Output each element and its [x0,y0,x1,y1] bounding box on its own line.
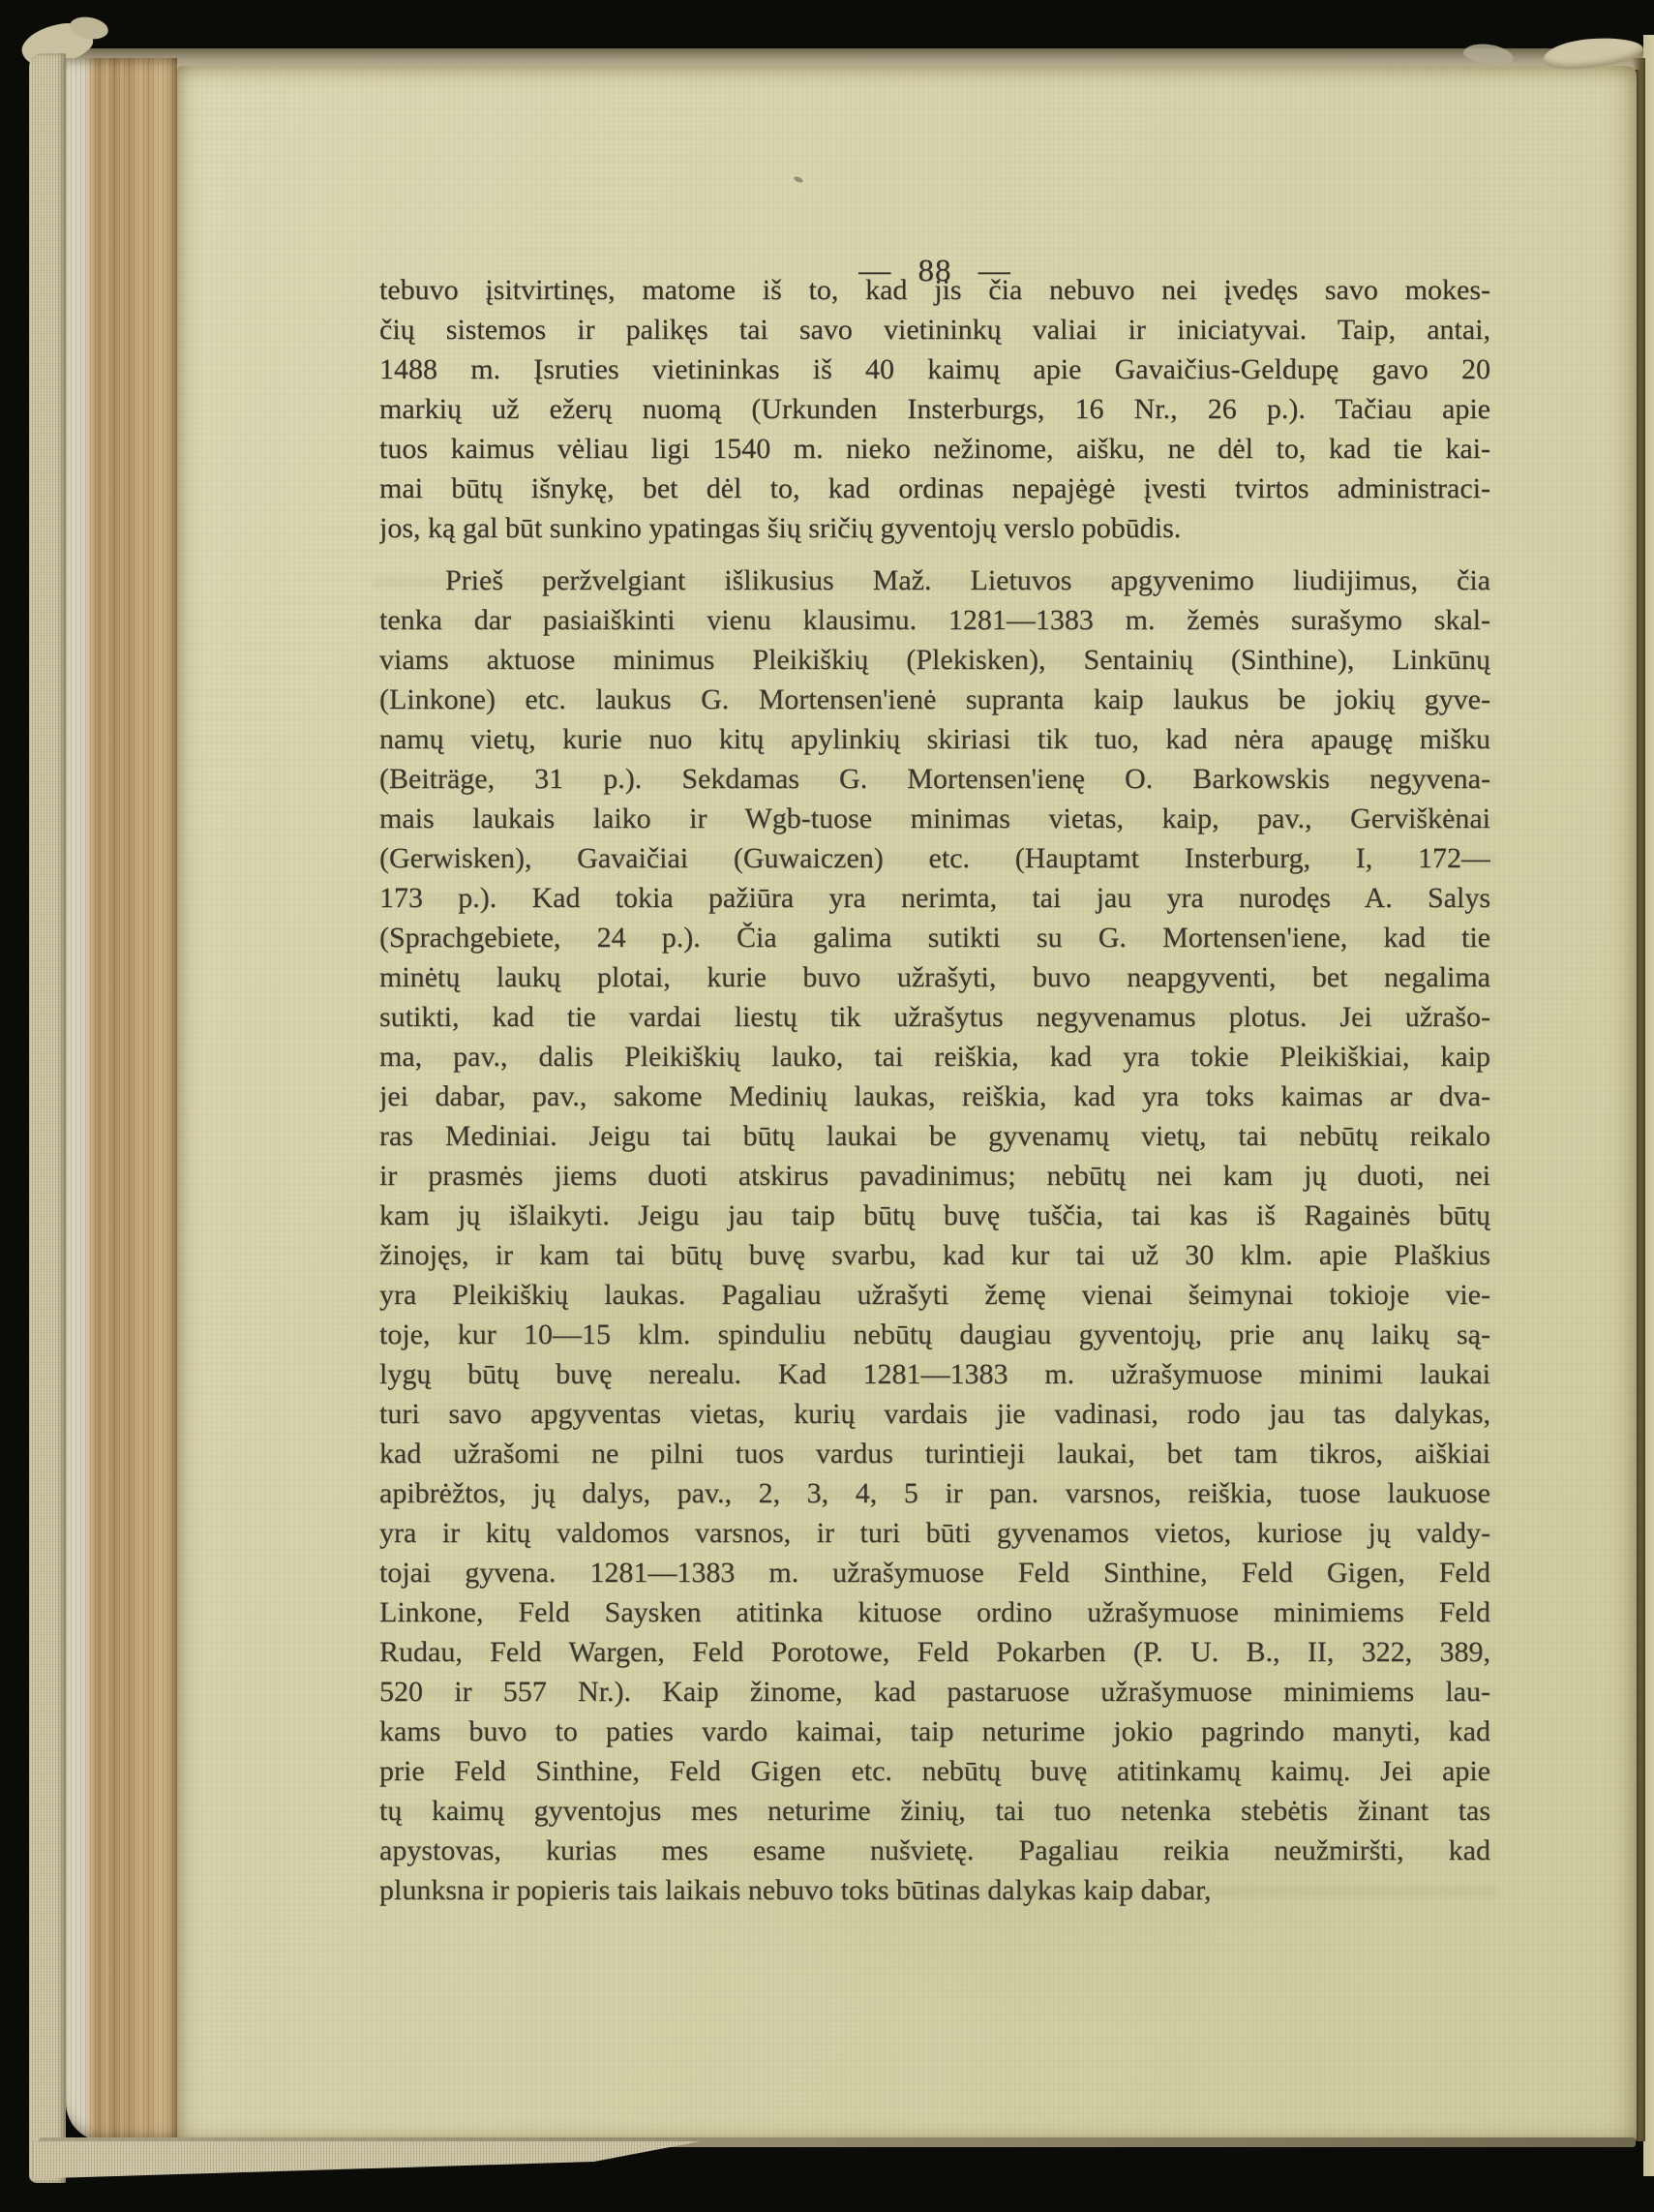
text-line: minėtų laukų plotai, kurie buvo užrašyti… [379,957,1490,997]
text-line: 173 p.). Kad tokia pažiūra yra nerimta, … [379,878,1490,918]
text-line: tebuvo įsitvirtinęs, matome iš to, kad j… [379,270,1490,310]
book-page: — 88 — tebuvo įsitvirtinęs, matome iš to… [177,66,1637,2143]
text-line: ir prasmės jiems duoti atskirus pavadini… [379,1156,1490,1196]
text-line: turi savo apgyventas vietas, kurių varda… [379,1394,1490,1434]
text-line: ma, pav., dalis Pleikiškių lauko, tai re… [379,1037,1490,1076]
text-line: apibrėžtos, jų dalys, pav., 2, 3, 4, 5 i… [379,1473,1490,1513]
text-line: Rudau, Feld Wargen, Feld Porotowe, Feld … [379,1632,1490,1672]
text-line: lygų būtų buvę nerealu. Kad 1281—1383 m.… [379,1354,1490,1394]
text-line: 1488 m. Įsruties vietininkas iš 40 kaimų… [379,349,1490,389]
text-line: namų vietų, kurie nuo kitų apylinkių ski… [379,719,1490,759]
text-line: jos, ką gal būt sunkino ypatingas šių sr… [379,508,1490,548]
book-cover-cloth-edge-left [29,53,66,2183]
scanned-book-photo: — 88 — tebuvo įsitvirtinęs, matome iš to… [0,0,1654,2212]
text-line: apystovas, kurias mes esame nušvietę. Pa… [379,1831,1490,1870]
text-line: žinojęs, ir kam tai būtų buvę svarbu, ka… [379,1235,1490,1275]
text-line: (Gerwisken), Gavaičiai (Guwaiczen) etc. … [379,838,1490,878]
text-line: toje, kur 10—15 klm. spinduliu nebūtų da… [379,1315,1490,1354]
text-line: viams aktuose minimus Pleikiškių (Plekis… [379,640,1490,680]
ink-speck [793,175,803,184]
text-block: tebuvo įsitvirtinęs, matome iš to, kad j… [379,270,1490,1910]
text-line: kams buvo to paties vardo kaimai, taip n… [379,1712,1490,1751]
text-line: sutikti, kad tie vardai liestų tik užraš… [379,997,1490,1037]
text-line: tų kaimų gyventojus mes neturime žinių, … [379,1791,1490,1831]
book-page-edges-stack [66,58,177,2141]
text-line: plunksna ir popieris tais laikais nebuvo… [379,1870,1490,1910]
text-line: (Beiträge, 31 p.). Sekdamas G. Mortensen… [379,759,1490,799]
text-line: prie Feld Sinthine, Feld Gigen etc. nebū… [379,1751,1490,1791]
text-line: Linkone, Feld Saysken atitinka kituose o… [379,1592,1490,1632]
text-line: čių sistemos ir palikęs tai savo vietini… [379,310,1490,349]
text-line: markių už ežerų nuomą (Urkunden Insterbu… [379,389,1490,429]
text-line: tenka dar pasiaiškinti vienu klausimu. 1… [379,600,1490,640]
text-line: kad užrašomi ne pilni tuos vardus turint… [379,1434,1490,1473]
text-line: 520 ir 557 Nr.). Kaip žinome, kad pastar… [379,1672,1490,1712]
text-line: mais laukais laiko ir Wgb-tuose minimas … [379,799,1490,838]
text-line: (Sprachgebiete, 24 p.). Čia galima sutik… [379,918,1490,957]
text-line: mai būtų išnykę, bet dėl to, kad ordinas… [379,469,1490,508]
text-line: yra Pleikiškių laukas. Pagaliau užrašyti… [379,1275,1490,1315]
text-line: ras Mediniai. Jeigu tai būtų laukai be g… [379,1116,1490,1156]
text-line: jei dabar, pav., sakome Medinių laukas, … [379,1076,1490,1116]
paragraph: tebuvo įsitvirtinęs, matome iš to, kad j… [379,270,1490,548]
text-line: tuos kaimus vėliau ligi 1540 m. nieko ne… [379,429,1490,469]
text-line: (Linkone) etc. laukus G. Mortensen'ienė … [379,680,1490,719]
paragraph: Prieš peržvelgiant išlikusius Maž. Lietu… [379,561,1490,1910]
book-cover-cloth-edge-bottom [33,2141,701,2182]
text-line: Prieš peržvelgiant išlikusius Maž. Lietu… [379,561,1490,600]
text-line: yra ir kitų valdomos varsnos, ir turi bū… [379,1513,1490,1553]
text-line: tojai gyvena. 1281—1383 m. užrašymuose F… [379,1553,1490,1592]
text-line: kam jų išlaikyti. Jeigu jau taip būtų bu… [379,1196,1490,1235]
